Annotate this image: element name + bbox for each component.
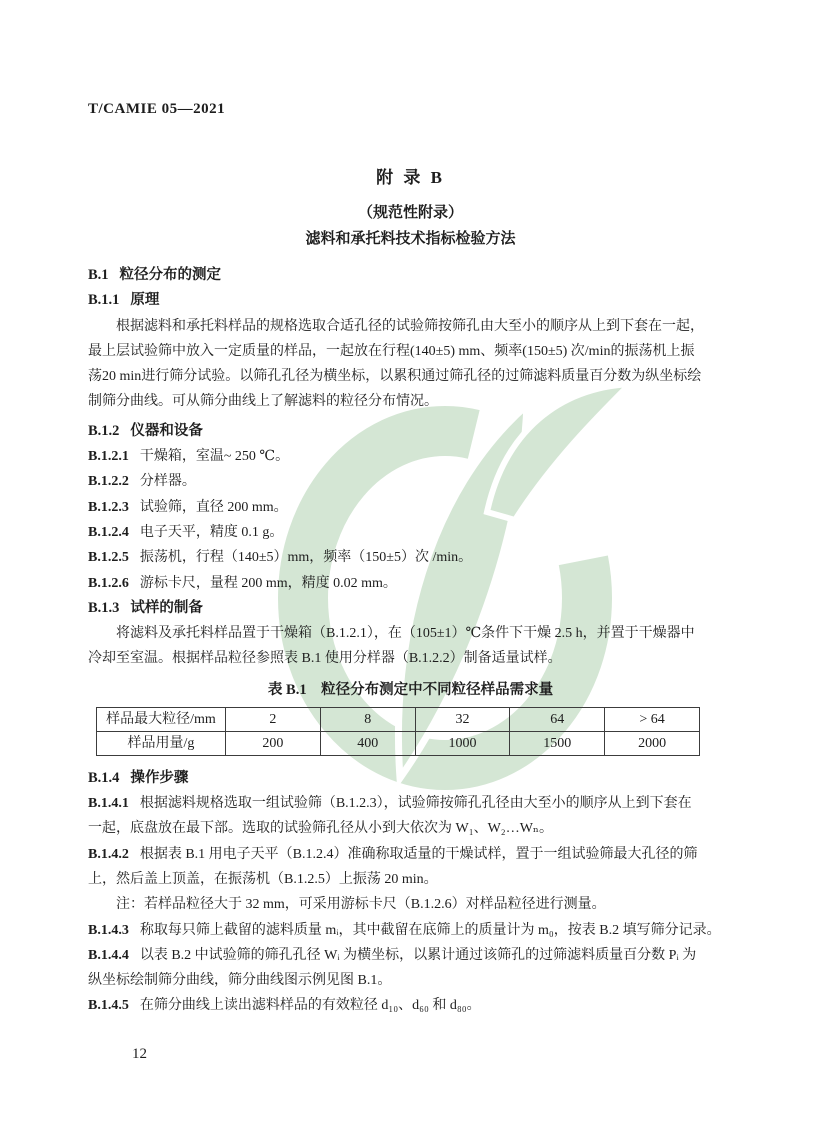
heading-b1-2: B.1.2仪器和设备: [88, 419, 733, 444]
heading-b1: B.1粒径分布的测定: [88, 263, 733, 288]
table-caption: 表 B.1 粒径分布测定中不同粒径样品需求量: [88, 678, 733, 703]
procedure-line: 上，然后盖上顶盖，在振荡机（B.1.2.5）上振荡 20 min。: [88, 867, 733, 892]
page-content: T/CAMIE 05—2021 附 录 B （规范性附录） 滤料和承托料技术指标…: [88, 0, 733, 1019]
clause-number: B.1.2.1: [88, 449, 129, 464]
clause-number: B.1.2: [88, 423, 119, 439]
item-text: 电子天平，精度 0.1 g。: [140, 525, 284, 540]
table-cell: > 64: [605, 707, 700, 731]
item-text: 干燥箱，室温~ 250 ℃。: [140, 449, 289, 464]
clause-number: B.1.4: [88, 770, 119, 786]
standard-code: T/CAMIE 05—2021: [88, 100, 733, 118]
table-row: 样品最大粒径/mm 2 8 32 64 > 64: [97, 707, 700, 731]
table-cell: 64: [510, 707, 605, 731]
equipment-item: B.1.2.3试验筛，直径 200 mm。: [88, 495, 733, 520]
table-cell: 200: [226, 731, 321, 755]
note-line: 注：若样品粒径大于 32 mm，可采用游标卡尺（B.1.2.6）对样品粒径进行测…: [88, 892, 733, 917]
item-text: 游标卡尺，量程 200 mm，精度 0.02 mm。: [140, 576, 397, 591]
procedure-line: B.1.4.5在筛分曲线上读出滤料样品的有效粒径 d₁₀、d₆₀ 和 d₈₀。: [88, 993, 733, 1018]
equipment-item: B.1.2.5振荡机，行程（140±5）mm，频率（150±5）次 /min。: [88, 545, 733, 570]
procedure-line: 纵坐标绘制筛分曲线，筛分曲线图示例见图 B.1。: [88, 968, 733, 993]
paragraph-line: 冷却至室温。根据样品粒径参照表 B.1 使用分样器（B.1.2.2）制备适量试样…: [88, 646, 733, 671]
clause-number: B.1.4.3: [88, 923, 129, 938]
line-text: 上，然后盖上顶盖，在振荡机（B.1.2.5）上振荡 20 min。: [88, 872, 438, 887]
clause-title: 仪器和设备: [130, 423, 203, 439]
item-text: 试验筛，直径 200 mm。: [140, 500, 288, 515]
procedure-line: B.1.4.4以表 B.2 中试验筛的筛孔孔径 Wᵢ 为横坐标，以累计通过该筛孔…: [88, 943, 733, 968]
item-text: 振荡机，行程（140±5）mm，频率（150±5）次 /min。: [140, 550, 472, 565]
appendix-title: 附 录 B: [88, 166, 733, 190]
table-cell: 1500: [510, 731, 605, 755]
page-number: 12: [132, 1045, 147, 1063]
procedure-line: 一起，底盘放在最下部。选取的试验筛孔径从小到大依次为 W₁、W₂…Wₙ。: [88, 816, 733, 841]
paragraph-line: 制筛分曲线。可从筛分曲线上了解滤料的粒径分布情况。: [88, 389, 733, 414]
clause-number: B.1.2.4: [88, 525, 129, 540]
line-text: 纵坐标绘制筛分曲线，筛分曲线图示例见图 B.1。: [88, 973, 391, 988]
paragraph-line: 荡20 min进行筛分试验。以筛孔孔径为横坐标，以累积通过筛孔径的过筛滤料质量百…: [88, 364, 733, 389]
equipment-item: B.1.2.4电子天平，精度 0.1 g。: [88, 520, 733, 545]
clause-number: B.1.2.6: [88, 576, 129, 591]
sample-requirement-table: 样品最大粒径/mm 2 8 32 64 > 64 样品用量/g 200 400 …: [96, 707, 700, 756]
table-cell: 2: [226, 707, 321, 731]
clause-number: B.1.2.3: [88, 500, 129, 515]
item-text: 分样器。: [140, 474, 196, 489]
clause-title: 粒径分布的测定: [120, 267, 222, 283]
line-text: 一起，底盘放在最下部。选取的试验筛孔径从小到大依次为 W₁、W₂…Wₙ。: [88, 821, 553, 836]
line-text: 以表 B.2 中试验筛的筛孔孔径 Wᵢ 为横坐标，以累计通过该筛孔的过筛滤料质量…: [140, 948, 696, 963]
clause-number: B.1.4.5: [88, 998, 129, 1013]
clause-title: 操作步骤: [130, 770, 188, 786]
table-row: 样品用量/g 200 400 1000 1500 2000: [97, 731, 700, 755]
clause-number: B.1.3: [88, 600, 119, 616]
clause-number: B.1.4.2: [88, 847, 129, 862]
row-header: 样品用量/g: [97, 731, 226, 755]
clause-number: B.1.1: [88, 292, 119, 308]
equipment-item: B.1.2.1干燥箱，室温~ 250 ℃。: [88, 444, 733, 469]
heading-b1-3: B.1.3试样的制备: [88, 596, 733, 621]
line-text: 根据表 B.1 用电子天平（B.1.2.4）准确称取适量的干燥试样，置于一组试验…: [140, 847, 698, 862]
heading-b1-4: B.1.4操作步骤: [88, 766, 733, 791]
table-cell: 32: [415, 707, 510, 731]
appendix-name: 滤料和承托料技术指标检验方法: [88, 227, 733, 251]
heading-b1-1: B.1.1原理: [88, 288, 733, 313]
line-text: 在筛分曲线上读出滤料样品的有效粒径 d₁₀、d₆₀ 和 d₈₀。: [140, 998, 481, 1013]
paragraph-line: 将滤料及承托料样品置于干燥箱（B.1.2.1），在（105±1）℃条件下干燥 2…: [88, 621, 733, 646]
paragraph-line: 根据滤料和承托料样品的规格选取合适孔径的试验筛按筛孔由大至小的顺序从上到下套在一…: [88, 314, 733, 339]
equipment-item: B.1.2.2分样器。: [88, 469, 733, 494]
clause-number: B.1.4.4: [88, 948, 129, 963]
clause-number: B.1: [88, 267, 109, 283]
procedure-line: B.1.4.1根据滤料规格选取一组试验筛（B.1.2.3），试验筛按筛孔孔径由大…: [88, 791, 733, 816]
clause-title: 试样的制备: [130, 600, 203, 616]
paragraph-line: 最上层试验筛中放入一定质量的样品，一起放在行程(140±5) mm、频率(150…: [88, 339, 733, 364]
table-cell: 1000: [415, 731, 510, 755]
clause-number: B.1.2.5: [88, 550, 129, 565]
clause-title: 原理: [130, 292, 159, 308]
line-text: 称取每只筛上截留的滤料质量 mᵢ，其中截留在底筛上的质量计为 m₀，按表 B.2…: [140, 923, 721, 938]
table-cell: 8: [320, 707, 415, 731]
line-text: 注：若样品粒径大于 32 mm，可采用游标卡尺（B.1.2.6）对样品粒径进行测…: [116, 897, 606, 912]
row-header: 样品最大粒径/mm: [97, 707, 226, 731]
document-page: T/CAMIE 05—2021 附 录 B （规范性附录） 滤料和承托料技术指标…: [0, 0, 816, 1145]
clause-number: B.1.2.2: [88, 474, 129, 489]
appendix-type-note: （规范性附录）: [88, 201, 733, 225]
line-text: 根据滤料规格选取一组试验筛（B.1.2.3），试验筛按筛孔孔径由大至小的顺序从上…: [140, 796, 692, 811]
clause-number: B.1.4.1: [88, 796, 129, 811]
equipment-item: B.1.2.6游标卡尺，量程 200 mm，精度 0.02 mm。: [88, 571, 733, 596]
procedure-line: B.1.4.3称取每只筛上截留的滤料质量 mᵢ，其中截留在底筛上的质量计为 m₀…: [88, 918, 733, 943]
procedure-line: B.1.4.2根据表 B.1 用电子天平（B.1.2.4）准确称取适量的干燥试样…: [88, 842, 733, 867]
table-cell: 2000: [605, 731, 700, 755]
table-cell: 400: [320, 731, 415, 755]
